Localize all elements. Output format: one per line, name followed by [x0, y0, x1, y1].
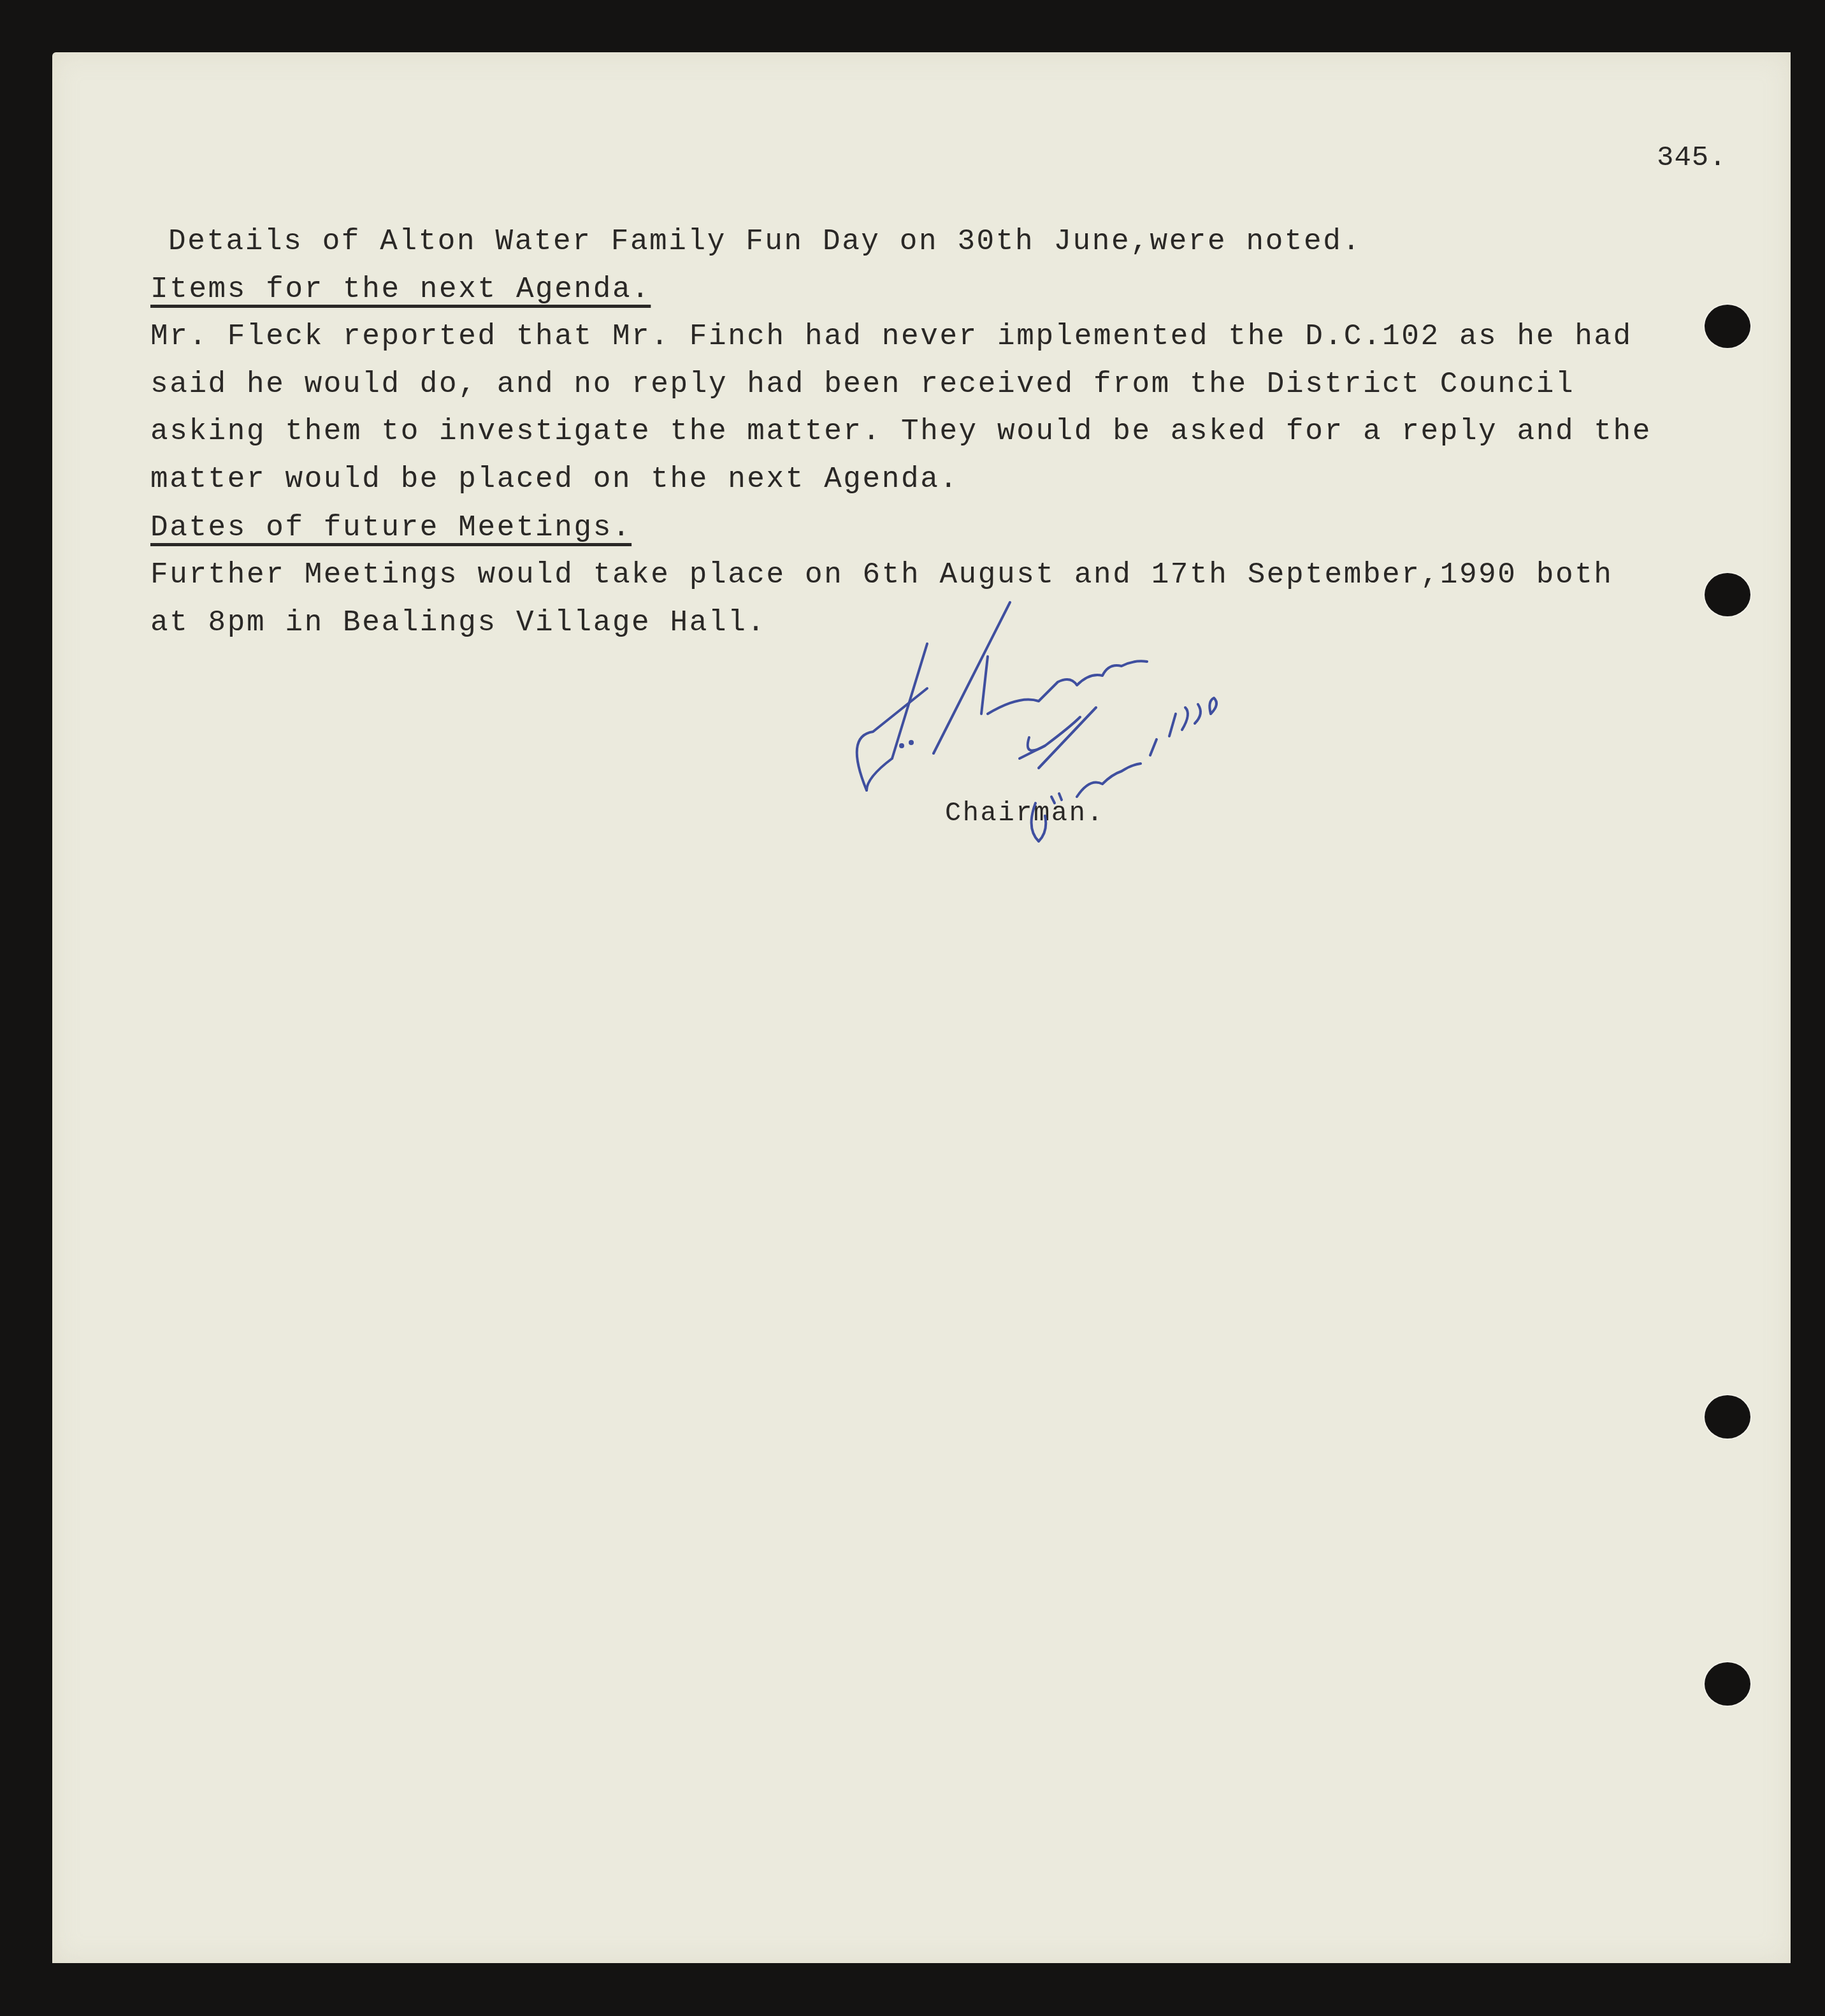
- handwritten-signature-icon: [828, 586, 1561, 873]
- punch-hole-icon: [1705, 573, 1750, 616]
- punch-hole-icon: [1705, 305, 1750, 348]
- meetings-heading: Dates of future Meetings.: [150, 513, 631, 542]
- page-number: 345.: [1657, 144, 1727, 172]
- agenda-line: matter would be placed on the next Agend…: [150, 465, 959, 494]
- punch-hole-icon: [1705, 1662, 1750, 1706]
- agenda-line: asking them to investigate the matter. T…: [150, 417, 1652, 446]
- agenda-line: Mr. Fleck reported that Mr. Finch had ne…: [150, 322, 1633, 351]
- agenda-heading: Items for the next Agenda.: [150, 275, 651, 304]
- agenda-line: said he would do, and no reply had been …: [150, 370, 1575, 399]
- punch-hole-icon: [1705, 1395, 1750, 1439]
- meetings-line: at 8pm in Bealings Village Hall.: [150, 608, 767, 637]
- fun-day-note: Details of Alton Water Family Fun Day on…: [168, 227, 1362, 256]
- meetings-line: Further Meetings would take place on 6th…: [150, 560, 1613, 590]
